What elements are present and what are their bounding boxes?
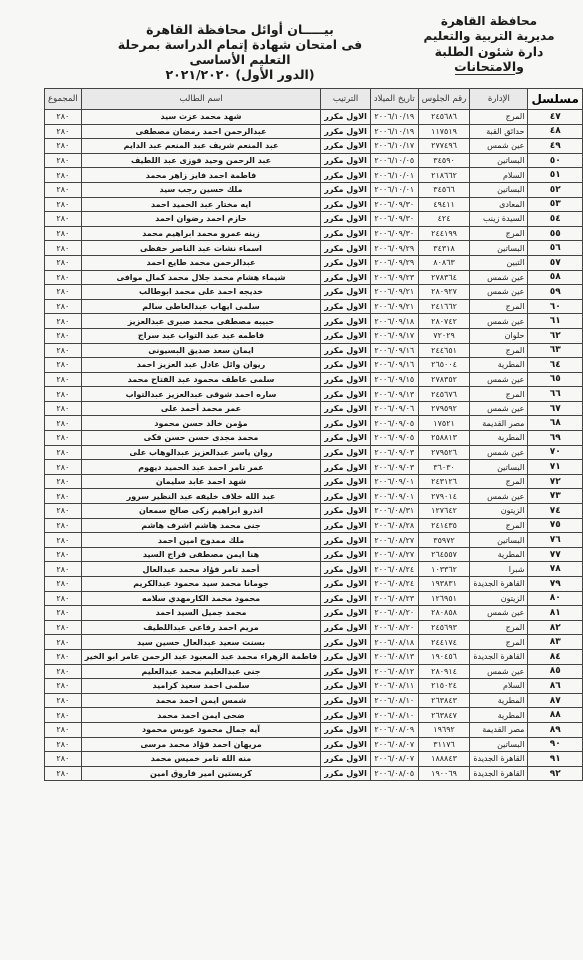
cell-serial: ٦٤ [528,358,582,373]
cell-admin: عين شمس [470,314,528,329]
table-row: ٩٠البساتين٣١١٧٦٢٠٠٦/٠٨/٠٧الاول مكررمريها… [45,737,583,752]
cell-serial: ٨٧ [528,693,582,708]
table-row: ٧٤الزيتون١٢٧٦٤٢٢٠٠٦/٠٨/٣١الاول مكرراندرو… [45,504,583,519]
cell-student-name: مريهان احمد فؤاد محمد مرسى [81,737,321,752]
cell-serial: ٧٥ [528,518,582,533]
cell-total: ٢٨٠ [45,358,82,373]
cell-admin: المرج [470,343,528,358]
cell-seat-number: ٧٢٠٢٩ [418,328,470,343]
table-row: ٧٧المطرية٢٦٤٥٥٧٢٠٠٦/٠٨/٢٧الاول مكررهنا ا… [45,547,583,562]
cell-student-name: عبد الرحمن وحيد فوزى عبد اللطيف [81,153,321,168]
cell-serial: ٧٣ [528,489,582,504]
cell-total: ٢٨٠ [45,620,82,635]
cell-student-name: حبيبه مصطفى محمد صبرى عبدالعزيز [81,314,321,329]
cell-student-name: سلمى عاطف محمود عبد الفتاح محمد [81,372,321,387]
cell-serial: ٥٢ [528,182,582,197]
cell-seat-number: ١٩٠٤٥٦ [418,649,470,664]
cell-rank: الاول مكرر [321,124,371,139]
cell-serial: ٨١ [528,606,582,621]
table-row: ٤٩عين شمس٢٧٧٤٩٦٢٠٠٦/١٠/١٧الاول مكررعبد ا… [45,139,583,154]
cell-admin: البساتين [470,460,528,475]
cell-admin: المطرية [470,431,528,446]
cell-birth-date: ٢٠٠٦/٠٨/١٠ [370,708,418,723]
cell-total: ٢٨٠ [45,547,82,562]
cell-total: ٢٨٠ [45,372,82,387]
table-body: ٤٧المرج٢٤٥٦٨٦٢٠٠٦/١٠/١٩الاول مكررشهد محم… [45,110,583,781]
cell-birth-date: ٢٠٠٦/١٠/٠٥ [370,153,418,168]
table-row: ٤٧المرج٢٤٥٦٨٦٢٠٠٦/١٠/١٩الاول مكررشهد محم… [45,110,583,125]
table-row: ٨٥عين شمس٢٨٠٩١٤٢٠٠٦/٠٨/١٢الاول مكررجنى ع… [45,664,583,679]
cell-student-name: ملك حسين رجب سيد [81,182,321,197]
table-row: ٦١عين شمس٢٨٠٧٤٢٢٠٠٦/٠٩/١٨الاول مكررحبيبه… [45,314,583,329]
cell-student-name: محمد جميل السيد احمد [81,606,321,621]
cell-seat-number: ٢٤٥٦٨٦ [418,110,470,125]
cell-admin: شبرا [470,562,528,577]
cell-seat-number: ٢٤٣١٢٦ [418,474,470,489]
cell-seat-number: ٢٤١٦٦٢ [418,299,470,314]
cell-birth-date: ٢٠٠٦/٠٨/١٣ [370,649,418,664]
table-row: ٧٨شبرا١٠٣٣٦٢٢٠٠٦/٠٨/٢٤الاول مكررأحمد تام… [45,562,583,577]
cell-rank: الاول مكرر [321,737,371,752]
cell-serial: ٨٩ [528,722,582,737]
cell-seat-number: ٨٠٨٦٣ [418,255,470,270]
cell-serial: ٥٣ [528,197,582,212]
cell-serial: ٤٨ [528,124,582,139]
cell-serial: ٦٨ [528,416,582,431]
cell-serial: ٧٤ [528,504,582,519]
cell-total: ٢٨٠ [45,270,82,285]
table-row: ٨٧المطرية٢٦٣٨٤٣٢٠٠٦/٠٨/١٠الاول مكررشمس ا… [45,693,583,708]
cell-student-name: سلمى احمد سعيد كراميد [81,679,321,694]
cell-rank: الاول مكرر [321,577,371,592]
cell-total: ٢٨٠ [45,460,82,475]
cell-admin: البساتين [470,241,528,256]
table-row: ٨٠الزيتون١٢٦٩٥١٢٠٠٦/٠٨/٢٣الاول مكررمحمود… [45,591,583,606]
cell-birth-date: ٢٠٠٦/١٠/٠١ [370,182,418,197]
cell-student-name: عمر محمد أحمد على [81,401,321,416]
cell-student-name: جنى عبدالعليم محمد عبدالعليم [81,664,321,679]
cell-birth-date: ٢٠٠٦/٠٩/٢٣ [370,270,418,285]
cell-total: ٢٨٠ [45,416,82,431]
cell-student-name: ريوان وائل عادل عبد العزيز احمد [81,358,321,373]
cell-serial: ٨٤ [528,649,582,664]
cell-admin: عين شمس [470,372,528,387]
table-row: ٦٢حلوان٧٢٠٢٩٢٠٠٦/٠٩/١٧الاول مكررفاطمه عب… [45,328,583,343]
cell-student-name: شيماء هشام محمد جلال محمد كمال موافى [81,270,321,285]
cell-seat-number: ٢٨٠٧٤٢ [418,314,470,329]
cell-admin: البساتين [470,182,528,197]
cell-serial: ٦٠ [528,299,582,314]
cell-admin: عين شمس [470,270,528,285]
cell-seat-number: ٣٤٥٦٦ [418,182,470,197]
table-row: ٧٠عين شمس٢٧٩٥٢٦٢٠٠٦/٠٩/٠٣الاول مكررروان … [45,445,583,460]
cell-admin: القاهرة الجديدة [470,766,528,781]
cell-student-name: اسماء نشات عبد الناصر حفظى [81,241,321,256]
table-row: ٧٥المرج٢٤١٤٣٥٢٠٠٦/٠٨/٢٨الاول مكررجنى محم… [45,518,583,533]
cell-rank: الاول مكرر [321,635,371,650]
cell-serial: ٤٧ [528,110,582,125]
cell-rank: الاول مكرر [321,241,371,256]
cell-birth-date: ٢٠٠٦/٠٩/٠٣ [370,445,418,460]
cell-total: ٢٨٠ [45,474,82,489]
table-row: ٧٢المرج٢٤٣١٢٦٢٠٠٦/٠٩/٠١الاول مكررشهد احم… [45,474,583,489]
cell-admin: المرج [470,226,528,241]
cell-seat-number: ٢٧٩٥٩٢ [418,401,470,416]
cell-total: ٢٨٠ [45,679,82,694]
org-line-directorate: مديرية التربية والتعليم [409,29,569,44]
cell-total: ٢٨٠ [45,533,82,548]
cell-rank: الاول مكرر [321,372,371,387]
cell-rank: الاول مكرر [321,168,371,183]
table-row: ٧٣عين شمس٢٧٩٠١٤٢٠٠٦/٠٩/٠١الاول مكررعبد ا… [45,489,583,504]
document-title: بيـــــان أوائل محافظة القاهرة فى امتحان… [110,22,370,82]
cell-serial: ٥٦ [528,241,582,256]
cell-rank: الاول مكرر [321,752,371,767]
cell-birth-date: ٢٠٠٦/٠٩/١٧ [370,328,418,343]
cell-serial: ٥٧ [528,255,582,270]
table-row: ٦٥عين شمس٢٧٨٣٥٢٢٠٠٦/٠٩/١٥الاول مكررسلمى … [45,372,583,387]
cell-birth-date: ٢٠٠٦/٠٩/٣٠ [370,212,418,227]
organization-header: محافظة القاهرة مديرية التربية والتعليم د… [409,14,569,74]
cell-serial: ٥٠ [528,153,582,168]
table-row: ٦٩المطرية٢٥٨٨١٣٢٠٠٦/٠٩/٠٥الاول مكررمحمد … [45,431,583,446]
cell-student-name: ضحى ايمن احمد محمد [81,708,321,723]
cell-serial: ٨٦ [528,679,582,694]
org-line-department: دارة شئون الطلبة والامتحانات [409,44,569,74]
cell-student-name: فاطمة الزهراء محمد عبد المعبود عبد الرحم… [81,649,321,664]
cell-rank: الاول مكرر [321,110,371,125]
cell-admin: التبين [470,255,528,270]
cell-admin: القاهرة الجديدة [470,752,528,767]
cell-birth-date: ٢٠٠٦/١٠/٠١ [370,168,418,183]
table-row: ٥٨عين شمس٢٧٨٣٦٤٢٠٠٦/٠٩/٢٣الاول مكررشيماء… [45,270,583,285]
cell-rank: الاول مكرر [321,212,371,227]
cell-serial: ٦٦ [528,387,582,402]
table-row: ٨١عين شمس٢٨٠٨٥٨٢٠٠٦/٠٨/٢٠الاول مكررمحمد … [45,606,583,621]
table-row: ٨٩مصر القديمة١٩٦٩٢٢٠٠٦/٠٨/٠٩الاول مكررآي… [45,722,583,737]
cell-birth-date: ٢٠٠٦/٠٩/١٣ [370,387,418,402]
cell-total: ٢٨٠ [45,577,82,592]
cell-serial: ٩٠ [528,737,582,752]
cell-seat-number: ٣١١٧٦ [418,737,470,752]
cell-seat-number: ٣٦٠٣٠ [418,460,470,475]
cell-seat-number: ٣٥٩٧٢ [418,533,470,548]
cell-serial: ٨٣ [528,635,582,650]
cell-total: ٢٨٠ [45,504,82,519]
cell-serial: ٦٩ [528,431,582,446]
cell-admin: البساتين [470,737,528,752]
cell-admin: البساتين [470,533,528,548]
cell-birth-date: ٢٠٠٦/١٠/١٩ [370,124,418,139]
cell-student-name: فاطمه عبد عبد التواب عبد سراج [81,328,321,343]
cell-total: ٢٨٠ [45,518,82,533]
cell-birth-date: ٢٠٠٦/٠٨/٢٤ [370,562,418,577]
cell-total: ٢٨٠ [45,168,82,183]
cell-student-name: زينه عمرو محمد ابراهيم محمد [81,226,321,241]
cell-total: ٢٨٠ [45,299,82,314]
cell-birth-date: ٢٠٠٦/٠٩/٣٠ [370,226,418,241]
cell-seat-number: ٢٨٠٩٢٧ [418,285,470,300]
cell-birth-date: ٢٠٠٦/٠٨/٢٠ [370,620,418,635]
cell-birth-date: ٢٠٠٦/٠٩/١٦ [370,343,418,358]
cell-admin: السيدة زينب [470,212,528,227]
cell-rank: الاول مكرر [321,664,371,679]
cell-student-name: عبدالرحمن محمد طايع احمد [81,255,321,270]
cell-admin: الزيتون [470,504,528,519]
cell-seat-number: ١٩٣٨٣١ [418,577,470,592]
cell-seat-number: ١٨٨٨٤٣ [418,752,470,767]
cell-birth-date: ٢٠٠٦/١٠/١٩ [370,110,418,125]
cell-total: ٢٨٠ [45,139,82,154]
cell-admin: الزيتون [470,591,528,606]
cell-rank: الاول مكرر [321,460,371,475]
table-row: ٦٣المرج٢٤٤٦٥١٢٠٠٦/٠٩/١٦الاول مكررايمان س… [45,343,583,358]
cell-rank: الاول مكرر [321,387,371,402]
cell-student-name: أحمد تامر فؤاد محمد عبدالعال [81,562,321,577]
cell-admin: المرج [470,110,528,125]
cell-birth-date: ٢٠٠٦/٠٩/٠١ [370,489,418,504]
cell-seat-number: ٢٤١٤٣٥ [418,518,470,533]
cell-student-name: هنا ايمن مصطفى فراج السيد [81,547,321,562]
cell-total: ٢٨٠ [45,606,82,621]
cell-total: ٢٨٠ [45,343,82,358]
cell-seat-number: ١٧٥٢١ [418,416,470,431]
cell-rank: الاول مكرر [321,518,371,533]
cell-birth-date: ٢٠٠٦/٠٨/٠٥ [370,766,418,781]
cell-serial: ٥٥ [528,226,582,241]
table-row: ٥٧التبين٨٠٨٦٣٢٠٠٦/٠٩/٢٩الاول مكررعبدالرح… [45,255,583,270]
cell-rank: الاول مكرر [321,533,371,548]
table-row: ٧٩القاهرة الجديدة١٩٣٨٣١٢٠٠٦/٠٨/٢٤الاول م… [45,577,583,592]
cell-serial: ٥٩ [528,285,582,300]
cell-student-name: مؤمن خالد حسن محمود [81,416,321,431]
cell-admin: القاهرة الجديدة [470,649,528,664]
org-line-governorate: محافظة القاهرة [409,14,569,29]
results-table: مسلسل الإدارة رقم الجلوس تاريخ الميلاد ا… [44,88,583,781]
table-row: ٨٢المرج٢٤٥٦٩٣٢٠٠٦/٠٨/٢٠الاول مكررمريم اح… [45,620,583,635]
cell-birth-date: ٢٠٠٦/٠٨/٢٤ [370,577,418,592]
cell-student-name: روان ياسر عبدالعزيز عبدالوهاب على [81,445,321,460]
cell-total: ٢٨٠ [45,445,82,460]
cell-serial: ٧٧ [528,547,582,562]
header-dob: تاريخ الميلاد [370,89,418,110]
cell-seat-number: ٢٦٤٥٥٧ [418,547,470,562]
table-row: ٥٩عين شمس٢٨٠٩٢٧٢٠٠٦/٠٩/٢١الاول مكررخديجه… [45,285,583,300]
cell-student-name: شمس ايمن احمد محمد [81,693,321,708]
cell-total: ٢٨٠ [45,752,82,767]
cell-rank: الاول مكرر [321,679,371,694]
cell-student-name: ايه مختار عبد الحميد احمد [81,197,321,212]
cell-serial: ٨٢ [528,620,582,635]
cell-student-name: عبدالرحمن احمد رمضان مصطفى [81,124,321,139]
cell-student-name: شهد محمد عزت سيد [81,110,321,125]
cell-rank: الاول مكرر [321,255,371,270]
cell-student-name: اندرو ابراهيم زكى صالح سمعان [81,504,321,519]
cell-admin: السلام [470,168,528,183]
table-row: ٥٢البساتين٣٤٥٦٦٢٠٠٦/١٠/٠١الاول مكررملك ح… [45,182,583,197]
cell-total: ٢٨٠ [45,255,82,270]
cell-student-name: بسنت سعيد عبدالعال حسين سيد [81,635,321,650]
table-row: ٥١السلام٢١٨٦٦٢٢٠٠٦/١٠/٠١الاول مكررفاطمة … [45,168,583,183]
cell-serial: ٧٩ [528,577,582,592]
cell-birth-date: ٢٠٠٦/٠٨/٢٣ [370,591,418,606]
cell-serial: ٦٢ [528,328,582,343]
table-row: ٦٧عين شمس٢٧٩٥٩٢٢٠٠٦/٠٩/٠٦الاول مكررعمر م… [45,401,583,416]
cell-admin: عين شمس [470,139,528,154]
cell-rank: الاول مكرر [321,445,371,460]
cell-seat-number: ١٩٠٠٦٩ [418,766,470,781]
cell-birth-date: ٢٠٠٦/٠٨/٠٩ [370,722,418,737]
cell-total: ٢٨٠ [45,314,82,329]
cell-student-name: حازم احمد رضوان احمد [81,212,321,227]
cell-serial: ٨٨ [528,708,582,723]
cell-student-name: فاطمة احمد فايز زاهر محمد [81,168,321,183]
cell-total: ٢٨٠ [45,722,82,737]
cell-birth-date: ٢٠٠٦/١٠/١٧ [370,139,418,154]
cell-total: ٢٨٠ [45,197,82,212]
cell-admin: عين شمس [470,606,528,621]
cell-serial: ٨٠ [528,591,582,606]
cell-birth-date: ٢٠٠٦/٠٨/٠٧ [370,752,418,767]
table-row: ٥٠البساتين٣٤٥٩٠٢٠٠٦/١٠/٠٥الاول مكررعبد ا… [45,153,583,168]
cell-rank: الاول مكرر [321,314,371,329]
cell-student-name: مريم احمد رفاعى عبداللطيف [81,620,321,635]
cell-student-name: آيه جمال محمود عوبس محمود [81,722,321,737]
cell-serial: ٩٢ [528,766,582,781]
cell-student-name: منه الله تامر خميس محمد [81,752,321,767]
cell-birth-date: ٢٠٠٦/٠٩/٠١ [370,474,418,489]
cell-total: ٢٨٠ [45,285,82,300]
cell-admin: حدائق القبة [470,124,528,139]
cell-total: ٢٨٠ [45,766,82,781]
cell-total: ٢٨٠ [45,708,82,723]
cell-rank: الاول مكرر [321,153,371,168]
cell-birth-date: ٢٠٠٦/٠٨/١١ [370,679,418,694]
cell-admin: السلام [470,679,528,694]
cell-total: ٢٨٠ [45,591,82,606]
cell-total: ٢٨٠ [45,489,82,504]
cell-total: ٢٨٠ [45,182,82,197]
cell-rank: الاول مكرر [321,226,371,241]
cell-total: ٢٨٠ [45,241,82,256]
title-line-1: بيـــــان أوائل محافظة القاهرة [110,22,370,37]
cell-birth-date: ٢٠٠٦/٠٨/١٨ [370,635,418,650]
cell-birth-date: ٢٠٠٦/٠٨/٢٧ [370,533,418,548]
cell-total: ٢٨٠ [45,693,82,708]
cell-rank: الاول مكرر [321,358,371,373]
cell-birth-date: ٢٠٠٦/٠٩/٢٩ [370,255,418,270]
cell-serial: ٦٣ [528,343,582,358]
cell-rank: الاول مكرر [321,182,371,197]
table-row: ٥٥المرج٢٤٤١٩٩٢٠٠٦/٠٩/٣٠الاول مكررزينه عم… [45,226,583,241]
cell-admin: المطرية [470,693,528,708]
cell-rank: الاول مكرر [321,299,371,314]
cell-birth-date: ٢٠٠٦/٠٩/١٦ [370,358,418,373]
table-row: ٧١البساتين٣٦٠٣٠٢٠٠٦/٠٩/٠٣الاول مكررعمر ت… [45,460,583,475]
cell-seat-number: ٢٦٣٨٤٣ [418,693,470,708]
cell-admin: عين شمس [470,401,528,416]
cell-rank: الاول مكرر [321,328,371,343]
table-row: ٦٦المرج٢٤٥٦٧٦٢٠٠٦/٠٩/١٣الاول مكررساره اح… [45,387,583,402]
cell-rank: الاول مكرر [321,431,371,446]
cell-serial: ٩١ [528,752,582,767]
cell-seat-number: ٢٧٩٠١٤ [418,489,470,504]
header-divider [455,74,515,75]
cell-rank: الاول مكرر [321,693,371,708]
cell-seat-number: ٢٦٣٨٤٧ [418,708,470,723]
cell-total: ٢٨٠ [45,110,82,125]
cell-rank: الاول مكرر [321,474,371,489]
cell-rank: الاول مكرر [321,416,371,431]
cell-total: ٢٨٠ [45,562,82,577]
cell-seat-number: ١٠٣٣٦٢ [418,562,470,577]
cell-student-name: ساره احمد شوقى عبدالعزيز عبدالتواب [81,387,321,402]
cell-student-name: عمر تامر احمد عبد الحميد ديهوم [81,460,321,475]
cell-student-name: محمد مجدى حسن حسن فكى [81,431,321,446]
cell-birth-date: ٢٠٠٦/٠٩/٢١ [370,299,418,314]
cell-admin: عين شمس [470,445,528,460]
cell-admin: القاهرة الجديدة [470,577,528,592]
cell-admin: المطرية [470,547,528,562]
cell-student-name: ايمان سعد صديق البسيونى [81,343,321,358]
cell-serial: ٤٩ [528,139,582,154]
cell-admin: المرج [470,518,528,533]
cell-serial: ٥٨ [528,270,582,285]
cell-seat-number: ٣٤٥٩٠ [418,153,470,168]
cell-seat-number: ٢٤٤١٩٩ [418,226,470,241]
cell-total: ٢٨٠ [45,737,82,752]
cell-student-name: خديجه احمد على محمد ابوطالب [81,285,321,300]
cell-seat-number: ٢٧٧٤٩٦ [418,139,470,154]
cell-birth-date: ٢٠٠٦/٠٩/٠٥ [370,431,418,446]
cell-serial: ٧٠ [528,445,582,460]
cell-serial: ٥١ [528,168,582,183]
title-line-3: (الدور الأول) ٢٠٢١/٢٠٢٠ [110,67,370,82]
cell-birth-date: ٢٠٠٦/٠٩/٢١ [370,285,418,300]
cell-rank: الاول مكرر [321,649,371,664]
cell-birth-date: ٢٠٠٦/٠٩/١٥ [370,372,418,387]
cell-birth-date: ٢٠٠٦/٠٩/٠٥ [370,416,418,431]
cell-total: ٢٨٠ [45,212,82,227]
cell-seat-number: ٢٤٤٦٥١ [418,343,470,358]
cell-birth-date: ٢٠٠٦/٠٩/٢٩ [370,241,418,256]
cell-seat-number: ١١٧٥١٩ [418,124,470,139]
cell-total: ٢٨٠ [45,124,82,139]
cell-birth-date: ٢٠٠٦/٠٨/٠٧ [370,737,418,752]
cell-rank: الاول مكرر [321,606,371,621]
cell-seat-number: ٤٢٤ [418,212,470,227]
cell-seat-number: ٢٤٥٦٩٣ [418,620,470,635]
cell-birth-date: ٢٠٠٦/٠٨/٢٧ [370,547,418,562]
cell-admin: مصر القديمة [470,416,528,431]
cell-total: ٢٨٠ [45,387,82,402]
cell-serial: ٦١ [528,314,582,329]
cell-admin: المرج [470,387,528,402]
cell-student-name: سلمى ايهاب عبدالعاطى سالم [81,299,321,314]
cell-rank: الاول مكرر [321,708,371,723]
table-row: ٨٣المرج٢٤٤١٧٤٢٠٠٦/٠٨/١٨الاول مكرربسنت سع… [45,635,583,650]
cell-total: ٢٨٠ [45,226,82,241]
cell-student-name: جنى محمد هاشم اشرف هاشم [81,518,321,533]
cell-admin: المطرية [470,708,528,723]
cell-birth-date: ٢٠٠٦/٠٩/٠٣ [370,460,418,475]
cell-birth-date: ٢٠٠٦/٠٨/٣١ [370,504,418,519]
cell-student-name: جومانا محمد سيد محمود عبدالكريم [81,577,321,592]
cell-serial: ٧٢ [528,474,582,489]
cell-seat-number: ٢٧٨٣٦٤ [418,270,470,285]
cell-admin: المعادى [470,197,528,212]
cell-serial: ٧٦ [528,533,582,548]
